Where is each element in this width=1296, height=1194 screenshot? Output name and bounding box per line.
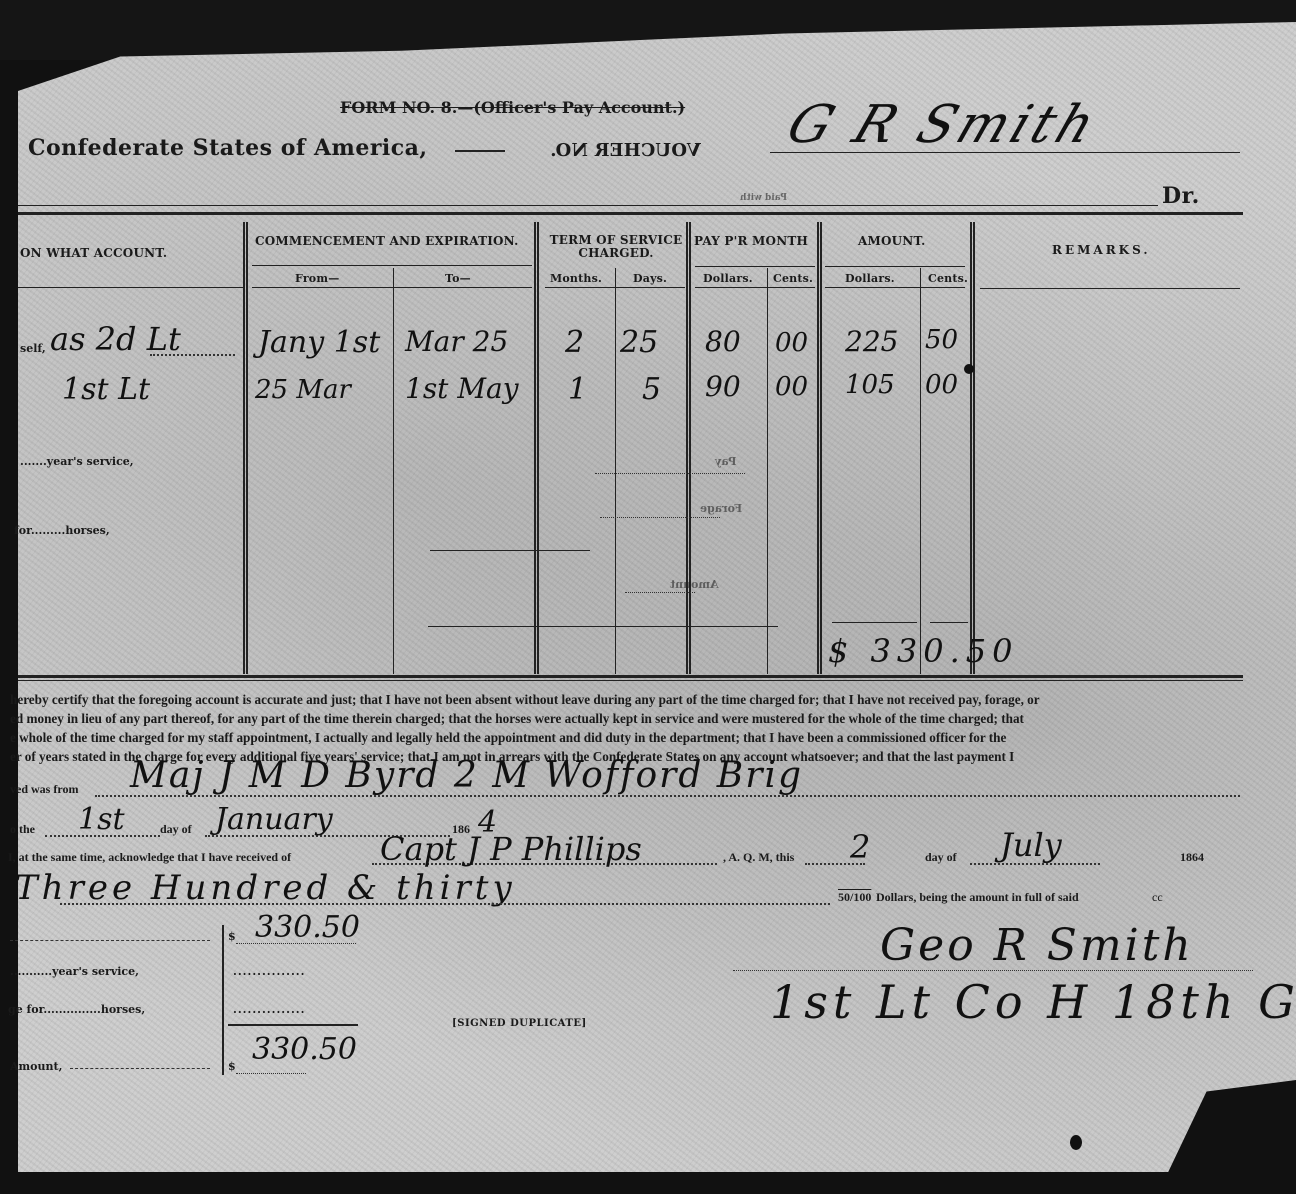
row1-pay-cents: 00 bbox=[775, 328, 808, 358]
dollar-sign: $ bbox=[228, 1060, 236, 1073]
rule bbox=[228, 1024, 358, 1026]
rule bbox=[428, 626, 778, 627]
government-title: Confederate States of America, bbox=[28, 135, 428, 161]
mirrored-amount-label: Amount bbox=[670, 578, 719, 591]
rule bbox=[825, 287, 965, 288]
rule bbox=[18, 675, 1243, 678]
row1-to: Mar 25 bbox=[405, 325, 508, 358]
certification-line-1: hereby certify that the foregoing accoun… bbox=[10, 690, 1040, 709]
mirrored-forage-label: Forage bbox=[700, 502, 742, 515]
row1-from: Jany 1st bbox=[258, 325, 380, 360]
row2-amount-cents: 00 bbox=[925, 370, 958, 400]
header-amount: AMOUNT. bbox=[858, 234, 925, 248]
to-the-label: o the bbox=[10, 820, 35, 839]
header-days: Days. bbox=[633, 272, 667, 285]
certification-line-3: e whole of the time charged for my staff… bbox=[10, 728, 1006, 747]
summary-divider bbox=[222, 925, 224, 1075]
dotted-leader bbox=[150, 354, 235, 356]
row2-amount-dollars: 105 bbox=[845, 370, 895, 400]
day-of-month: January bbox=[215, 802, 333, 837]
aqm-day-of-label: day of bbox=[925, 848, 957, 867]
dotted-leader bbox=[236, 1073, 306, 1074]
aqm-year: 1864 bbox=[1180, 848, 1204, 867]
column-divider bbox=[393, 268, 394, 674]
summary-forage-label: ge for...............horses, bbox=[8, 1003, 145, 1016]
header-on-what-account: ON WHAT ACCOUNT. bbox=[20, 246, 167, 260]
voucher-label: VOUCHER NO. bbox=[550, 140, 701, 161]
row1-days: 25 bbox=[620, 325, 658, 360]
header-months: Months. bbox=[550, 272, 602, 285]
certification-line-2: ed money in lieu of any part thereof, fo… bbox=[10, 709, 1024, 728]
row1-account: as 2d Lt bbox=[50, 320, 181, 358]
to-the-day: 1st bbox=[78, 802, 125, 837]
years-service-label: .......year's service, bbox=[20, 455, 134, 468]
header-pay-dollars: Dollars. bbox=[703, 272, 753, 285]
aqm-month: July bbox=[1000, 826, 1062, 864]
row1-months: 2 bbox=[565, 325, 584, 360]
rule bbox=[18, 680, 1243, 681]
column-divider bbox=[686, 222, 691, 674]
row1-pay-dollars: 80 bbox=[705, 325, 741, 358]
dollar-sign: $ bbox=[228, 930, 236, 943]
ink-dot bbox=[964, 364, 974, 374]
column-divider bbox=[534, 222, 539, 674]
header-pay-per-month: PAY P'R MONTH bbox=[694, 234, 808, 248]
summary-forage-value: ............... bbox=[233, 1003, 305, 1016]
rule bbox=[695, 287, 815, 288]
column-divider bbox=[615, 268, 616, 674]
ink-blot bbox=[1070, 1135, 1082, 1150]
voucher-dash bbox=[455, 150, 505, 152]
aqm-day: 2 bbox=[850, 828, 870, 866]
signature-title: 1st Lt Co H 18th Georgia bbox=[770, 975, 1296, 1029]
dollars-label: Dollars, being the amount in full of sai… bbox=[876, 888, 1079, 907]
row2-months: 1 bbox=[568, 372, 587, 407]
header-to: To— bbox=[445, 272, 471, 285]
rule bbox=[980, 288, 1240, 289]
dotted-leader bbox=[10, 940, 210, 941]
signed-duplicate-label: [SIGNED DUPLICATE] bbox=[452, 1018, 587, 1029]
row2-days: 5 bbox=[642, 372, 661, 407]
column-divider bbox=[243, 222, 248, 674]
scan-dark-border-bottom bbox=[0, 1172, 1296, 1194]
signature-name: Geo R Smith bbox=[880, 920, 1194, 971]
rule bbox=[252, 265, 532, 266]
dotted-leader bbox=[600, 517, 720, 518]
row2-from: 25 Mar bbox=[255, 375, 351, 405]
total-amount: $ 330.50 bbox=[828, 632, 1019, 670]
header-amount-dollars: Dollars. bbox=[845, 272, 895, 285]
column-divider bbox=[920, 268, 921, 674]
header-from: From— bbox=[295, 272, 339, 285]
dotted-leader bbox=[625, 592, 695, 593]
received-from-value: Maj J M D Byrd 2 M Wofford Brig bbox=[130, 755, 803, 796]
summary-amount-label: Amount, bbox=[10, 1060, 62, 1073]
summary-amount-value: 330.50 bbox=[252, 1032, 357, 1067]
summary-years-label: ...........year's service, bbox=[10, 965, 139, 978]
row1-amount-cents: 50 bbox=[925, 325, 958, 355]
aqm-label: , A. Q. M, this bbox=[723, 848, 794, 867]
form-title: FORM NO. 8.—(Officer's Pay Account.) bbox=[340, 98, 685, 117]
acknowledge-from: Capt J P Phillips bbox=[380, 830, 642, 868]
column-divider bbox=[817, 222, 822, 674]
row2-account: 1st Lt bbox=[62, 372, 150, 407]
rule bbox=[18, 287, 243, 288]
rule bbox=[695, 266, 815, 267]
dotted-leader bbox=[60, 903, 830, 905]
row2-pay-cents: 00 bbox=[775, 372, 808, 402]
row2-to: 1st May bbox=[405, 372, 519, 405]
header-amount-cents: Cents. bbox=[928, 272, 968, 285]
dotted-leader bbox=[595, 473, 745, 474]
rule bbox=[252, 287, 532, 288]
rule bbox=[930, 622, 968, 623]
horses-label: for.........horses, bbox=[14, 524, 110, 537]
cents-fraction: 50/100 bbox=[838, 888, 871, 907]
row2-pay-dollars: 90 bbox=[705, 370, 741, 403]
dotted-leader bbox=[70, 1068, 210, 1069]
column-divider bbox=[767, 268, 768, 674]
received-from-label: ved was from bbox=[10, 780, 78, 799]
row1-account-label: self, bbox=[20, 342, 46, 355]
rule bbox=[18, 212, 1243, 215]
rule bbox=[430, 550, 590, 551]
rule bbox=[18, 205, 1158, 206]
dollars-suffix: cc bbox=[1152, 888, 1163, 907]
payee-name: G R Smith bbox=[779, 95, 1107, 155]
dr-label: Dr. bbox=[1162, 183, 1200, 209]
summary-years-value: ............... bbox=[233, 965, 305, 978]
paid-with-line: Paid with bbox=[740, 193, 787, 203]
header-pay-cents: Cents. bbox=[773, 272, 813, 285]
header-term-of-service: TERM OF SERVICE CHARGED. bbox=[542, 234, 690, 260]
rule bbox=[832, 622, 917, 623]
header-commencement: COMMENCEMENT AND EXPIRATION. bbox=[255, 234, 518, 248]
amount-in-words: Three Hundred & thirty bbox=[15, 868, 516, 908]
summary-pay-value: 330.50 bbox=[255, 910, 360, 945]
payee-line bbox=[770, 152, 1240, 153]
mirrored-pay-label: Pay bbox=[715, 455, 737, 468]
day-of-label: day of bbox=[160, 820, 192, 839]
acknowledge-label: I, at the same time, acknowledge that I … bbox=[8, 848, 291, 867]
column-divider bbox=[970, 222, 975, 674]
rule bbox=[825, 266, 965, 267]
row1-amount-dollars: 225 bbox=[845, 325, 898, 358]
header-remarks: REMARKS. bbox=[1052, 243, 1151, 257]
